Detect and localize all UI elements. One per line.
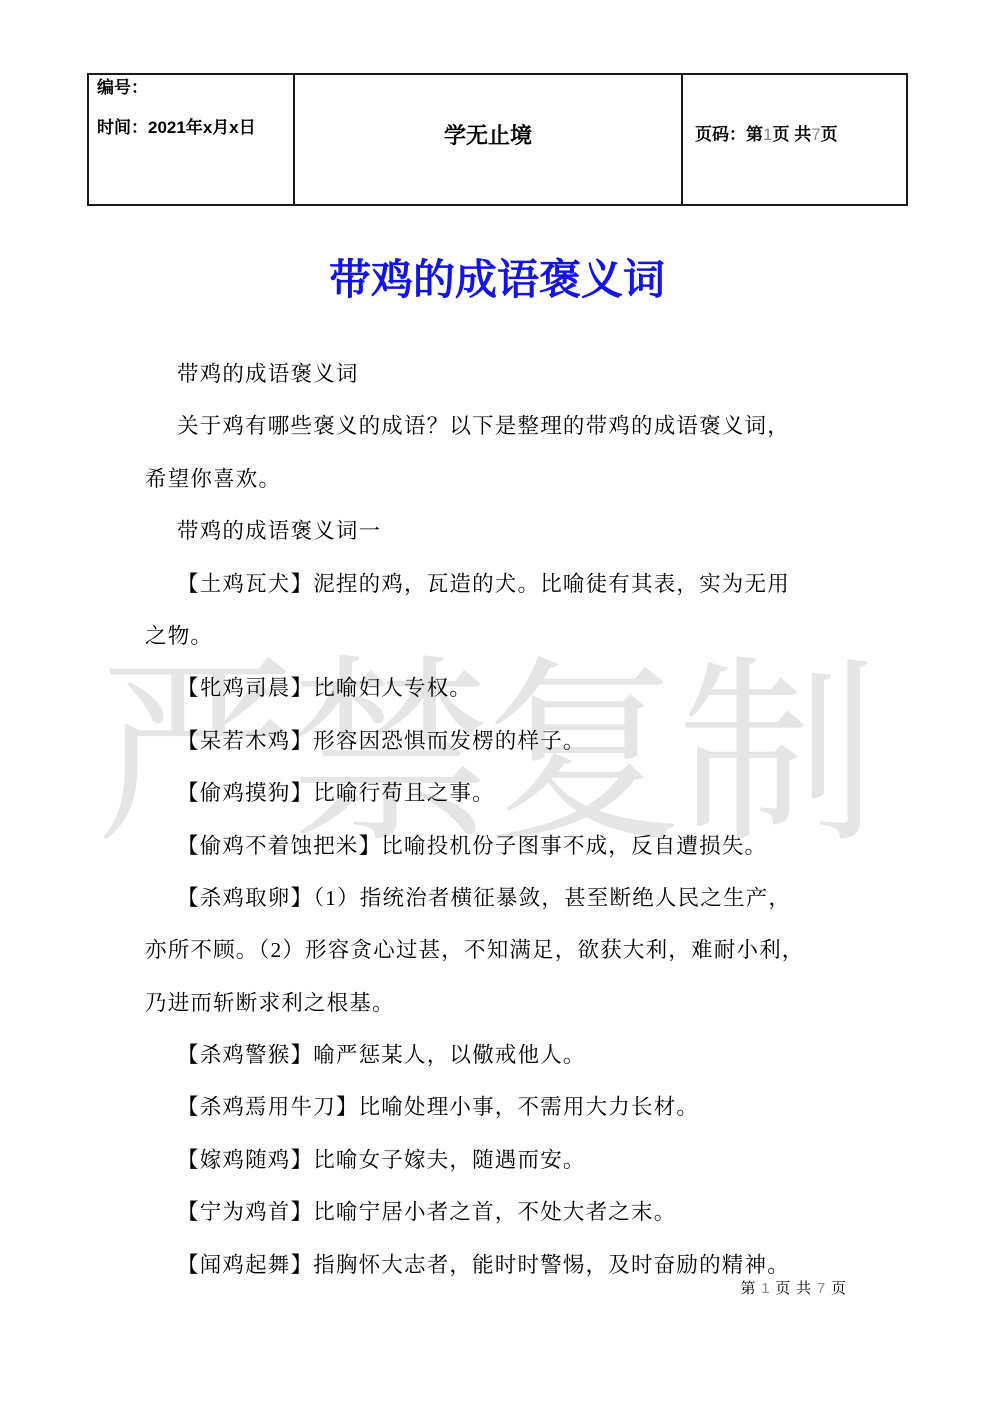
header-cell-page: 页码：第1页 共7页 (683, 75, 906, 204)
footer-prefix: 第 (741, 1281, 762, 1297)
body-line: 【嫁鸡随鸡】比喻女子嫁夫，随遇而安。 (145, 1134, 855, 1186)
body-line: 【呆若木鸡】形容因恐惧而发楞的样子。 (145, 715, 855, 767)
footer-total-pages: 7 (817, 1280, 826, 1297)
header-center-title: 学无止境 (444, 123, 532, 148)
body-line: 乃进而斩断求利之根基。 (145, 977, 855, 1029)
body-line: 【宁为鸡首】比喻宁居小者之首，不处大者之末。 (145, 1186, 855, 1238)
time-label: 时间：2021年x月x日 (97, 118, 285, 138)
page-footer: 第 1 页 共 7 页 (145, 1277, 847, 1298)
body-line: 之物。 (145, 610, 855, 662)
body-line: 【杀鸡取卵】（1）指统治者横征暴敛，甚至断绝人民之生产， (145, 872, 855, 924)
header-cell-meta: 编号： 时间：2021年x月x日 (89, 75, 295, 204)
body-line: 【偷鸡摸狗】比喻行苟且之事。 (145, 767, 855, 819)
body-line: 【杀鸡警猴】喻严惩某人，以儆戒他人。 (145, 1029, 855, 1081)
page-info-total: 7 (811, 125, 820, 144)
body-line: 希望你喜欢。 (145, 453, 855, 505)
body-line: 【偷鸡不着蚀把米】比喻投机份子图事不成，反自遭损失。 (145, 820, 855, 872)
footer-suffix: 页 (826, 1281, 847, 1297)
footer-current-page: 1 (761, 1280, 770, 1297)
footer-mid: 页 共 (771, 1281, 817, 1297)
document-title: 带鸡的成语褒义词 (145, 255, 849, 307)
page-info-prefix: 页码：第 (695, 125, 763, 144)
body-line: 带鸡的成语褒义词 (145, 348, 855, 400)
body-line: 【杀鸡焉用牛刀】比喻处理小事，不需用大力长材。 (145, 1081, 855, 1133)
body-line: 亦所不顾。（2）形容贪心过甚，不知满足，欲获大利，难耐小利， (145, 924, 855, 976)
document-body: 带鸡的成语褒义词 关于鸡有哪些褒义的成语？以下是整理的带鸡的成语褒义词， 希望你… (145, 348, 855, 1291)
number-label: 编号： (97, 78, 285, 98)
body-line: 【牝鸡司晨】比喻妇人专权。 (145, 662, 855, 714)
body-line: 关于鸡有哪些褒义的成语？以下是整理的带鸡的成语褒义词， (145, 400, 855, 452)
page-info-suffix: 页 (821, 125, 838, 144)
body-line: 【土鸡瓦犬】泥捏的鸡，瓦造的犬。比喻徒有其表，实为无用 (145, 558, 855, 610)
header-table: 编号： 时间：2021年x月x日 学无止境 页码：第1页 共7页 (87, 73, 908, 206)
body-line: 带鸡的成语褒义词一 (145, 505, 855, 557)
page-info-mid: 页 共 (772, 125, 811, 144)
document-page: 编号： 时间：2021年x月x日 学无止境 页码：第1页 共7页 严禁复制 带鸡… (0, 0, 993, 1404)
header-cell-center: 学无止境 (295, 75, 683, 204)
